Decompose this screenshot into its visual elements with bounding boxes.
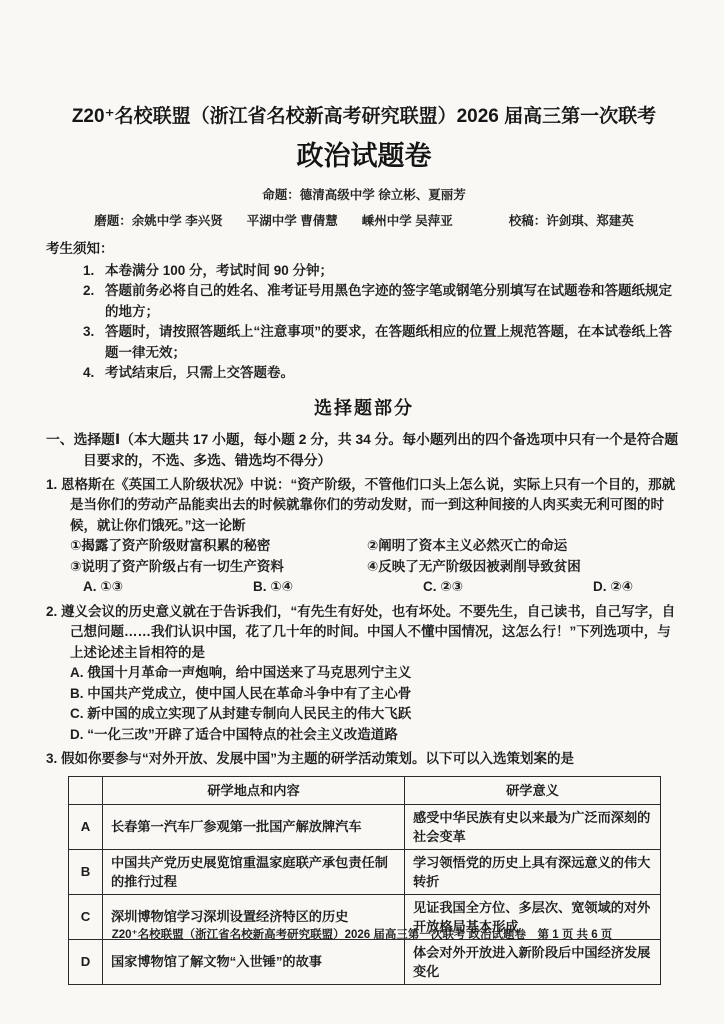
- notice-item-text: 答题时，请按照答题纸上“注意事项”的要求，在答题纸相应的位置上规范答题，在本试卷…: [105, 322, 682, 363]
- notice-item-text: 考试结束后，只需上交答题卷。: [105, 363, 682, 384]
- header-cell-meaning: 研学意义: [405, 776, 661, 804]
- proofreader-segment: 校稿：许剑琪、郑建英: [509, 211, 634, 229]
- study-plan-table: 研学地点和内容 研学意义 A 长春第一汽车厂参观第一批国产解放牌汽车 感受中华民…: [68, 776, 661, 985]
- statement-3: ③说明了资产阶级占有一切生产资料: [70, 557, 367, 578]
- header-cell-letter: [69, 776, 103, 804]
- row-place: 国家博物馆了解文物“入世锤”的故事: [103, 939, 405, 984]
- question-text: 假如你要参与“对外开放、发展中国”为主题的研学活动策划。以下可以入选策划案的是: [61, 751, 574, 766]
- exam-paper-page: Z20⁺名校联盟（浙江省名校新高考研究联盟）2026 届高三第一次联考 政治试题…: [0, 0, 724, 1024]
- review-segment: 嵊州中学 吴萍亚: [362, 211, 453, 229]
- statement-1: ①揭露了资产阶级财富积累的秘密: [70, 536, 367, 557]
- choice-d: D. “一化三改”开辟了适合中国特点的社会主义改造道路: [70, 725, 682, 746]
- table-row: A 长春第一汽车厂参观第一批国产解放牌汽车 感受中华民族有史以来最为广泛而深刻的…: [69, 804, 661, 849]
- section-intro: 一、选择题Ⅰ（本大题共 17 小题，每小题 2 分，共 34 分。每小题列出的四…: [46, 429, 682, 471]
- table-header-row: 研学地点和内容 研学意义: [69, 776, 661, 804]
- question-stem: 2. 遵义会议的历史意义就在于告诉我们，“有先生有好处，也有坏处。不要先生，自己…: [46, 602, 682, 664]
- notice-item-number: 3.: [83, 322, 105, 363]
- notice-item-text: 本卷满分 100 分，考试时间 90 分钟；: [105, 261, 682, 282]
- question-stem: 1. 恩格斯在《英国工人阶级状况》中说：“资产阶级，不管他们口头上怎么说，实际上…: [46, 475, 682, 537]
- notice-item-text: 答题前务必将自己的姓名、准考证号用黑色字迹的签字笔或钢笔分别填写在试题卷和答题纸…: [105, 281, 682, 322]
- choice-a: A. ①③: [83, 577, 253, 598]
- choice-d: D. ②④: [593, 577, 724, 598]
- question-number: 1.: [46, 477, 57, 492]
- row-letter: A: [69, 804, 103, 849]
- notice-item-number: 1.: [83, 261, 105, 282]
- question-number: 3.: [46, 751, 57, 766]
- notice-item: 3. 答题时，请按照答题纸上“注意事项”的要求，在答题纸相应的位置上规范答题，在…: [83, 322, 682, 363]
- choice-a: A. 俄国十月革命一声炮响，给中国送来了马克思列宁主义: [70, 663, 682, 684]
- question-1-choices: A. ①③ B. ①④ C. ②③ D. ②④: [83, 577, 682, 598]
- question-1: 1. 恩格斯在《英国工人阶级状况》中说：“资产阶级，不管他们口头上怎么说，实际上…: [46, 475, 682, 598]
- question-text: 恩格斯在《英国工人阶级状况》中说：“资产阶级，不管他们口头上怎么说，实际上只有一…: [61, 477, 675, 533]
- row-place: 长春第一汽车厂参观第一批国产解放牌汽车: [103, 804, 405, 849]
- table-row: B 中国共产党历史展览馆重温家庭联产承包责任制的推行过程 学习领悟党的历史上具有…: [69, 849, 661, 894]
- notice-item-number: 4.: [83, 363, 105, 384]
- candidate-notice: 考生须知： 1. 本卷满分 100 分，考试时间 90 分钟； 2. 答题前务必…: [46, 239, 682, 384]
- question-2-choices: A. 俄国十月革命一声炮响，给中国送来了马克思列宁主义 B. 中国共产党成立，使…: [70, 663, 682, 745]
- page-content: Z20⁺名校联盟（浙江省名校新高考研究联盟）2026 届高三第一次联考 政治试题…: [0, 0, 724, 985]
- choice-c: C. 新中国的成立实现了从封建专制向人民民主的伟大飞跃: [70, 704, 682, 725]
- notice-item: 4. 考试结束后，只需上交答题卷。: [83, 363, 682, 384]
- choice-b: B. 中国共产党成立，使中国人民在革命斗争中有了主心骨: [70, 684, 682, 705]
- row-letter: D: [69, 939, 103, 984]
- notice-item: 1. 本卷满分 100 分，考试时间 90 分钟；: [83, 261, 682, 282]
- question-stem: 3. 假如你要参与“对外开放、发展中国”为主题的研学活动策划。以下可以入选策划案…: [46, 749, 682, 770]
- reviewer-credit-row: 磨题：余姚中学 李兴贤 平湖中学 曹倩慧 嵊州中学 吴萍亚 校稿：许剑琪、郑建英: [46, 211, 682, 229]
- notice-item-number: 2.: [83, 281, 105, 322]
- header-cell-place: 研学地点和内容: [103, 776, 405, 804]
- question-text: 遵义会议的历史意义就在于告诉我们，“有先生有好处，也有坏处。不要先生，自己读书，…: [61, 604, 675, 660]
- table-row: D 国家博物馆了解文物“入世锤”的故事 体会对外开放进入新阶段后中国经济发展变化: [69, 939, 661, 984]
- statement-2: ②阐明了资本主义必然灭亡的命运: [367, 536, 682, 557]
- row-meaning: 感受中华民族有史以来最为广泛而深刻的社会变革: [405, 804, 661, 849]
- question-number: 2.: [46, 604, 57, 619]
- section-title: 选择题部分: [46, 394, 682, 420]
- choice-c: C. ②③: [423, 577, 593, 598]
- league-title: Z20⁺名校联盟（浙江省名校新高考研究联盟）2026 届高三第一次联考: [46, 104, 682, 130]
- row-letter: B: [69, 849, 103, 894]
- question-1-statements: ①揭露了资产阶级财富积累的秘密 ②阐明了资本主义必然灭亡的命运 ③说明了资产阶级…: [70, 536, 682, 577]
- choice-b: B. ①④: [253, 577, 423, 598]
- question-3: 3. 假如你要参与“对外开放、发展中国”为主题的研学活动策划。以下可以入选策划案…: [46, 749, 682, 985]
- review-segment: 平湖中学 曹倩慧: [247, 211, 338, 229]
- proposer-credit-line: 命题：德清高级中学 徐立彬、夏丽芳: [46, 185, 682, 203]
- paper-title: 政治试题卷: [46, 139, 682, 173]
- notice-list: 1. 本卷满分 100 分，考试时间 90 分钟； 2. 答题前务必将自己的姓名…: [83, 261, 682, 384]
- row-place: 中国共产党历史展览馆重温家庭联产承包责任制的推行过程: [103, 849, 405, 894]
- row-meaning: 学习领悟党的历史上具有深远意义的伟大转折: [405, 849, 661, 894]
- statement-4: ④反映了无产阶级因被剥削导致贫困: [367, 557, 682, 578]
- review-segment: 磨题：余姚中学 李兴贤: [94, 211, 222, 229]
- notice-item: 2. 答题前务必将自己的姓名、准考证号用黑色字迹的签字笔或钢笔分别填写在试题卷和…: [83, 281, 682, 322]
- row-meaning: 体会对外开放进入新阶段后中国经济发展变化: [405, 939, 661, 984]
- question-2: 2. 遵义会议的历史意义就在于告诉我们，“有先生有好处，也有坏处。不要先生，自己…: [46, 602, 682, 746]
- notice-title: 考生须知：: [46, 239, 682, 260]
- page-footer: Z20⁺名校联盟（浙江省名校新高考研究联盟）2026 届高三第一次联考 政治试题…: [0, 926, 724, 942]
